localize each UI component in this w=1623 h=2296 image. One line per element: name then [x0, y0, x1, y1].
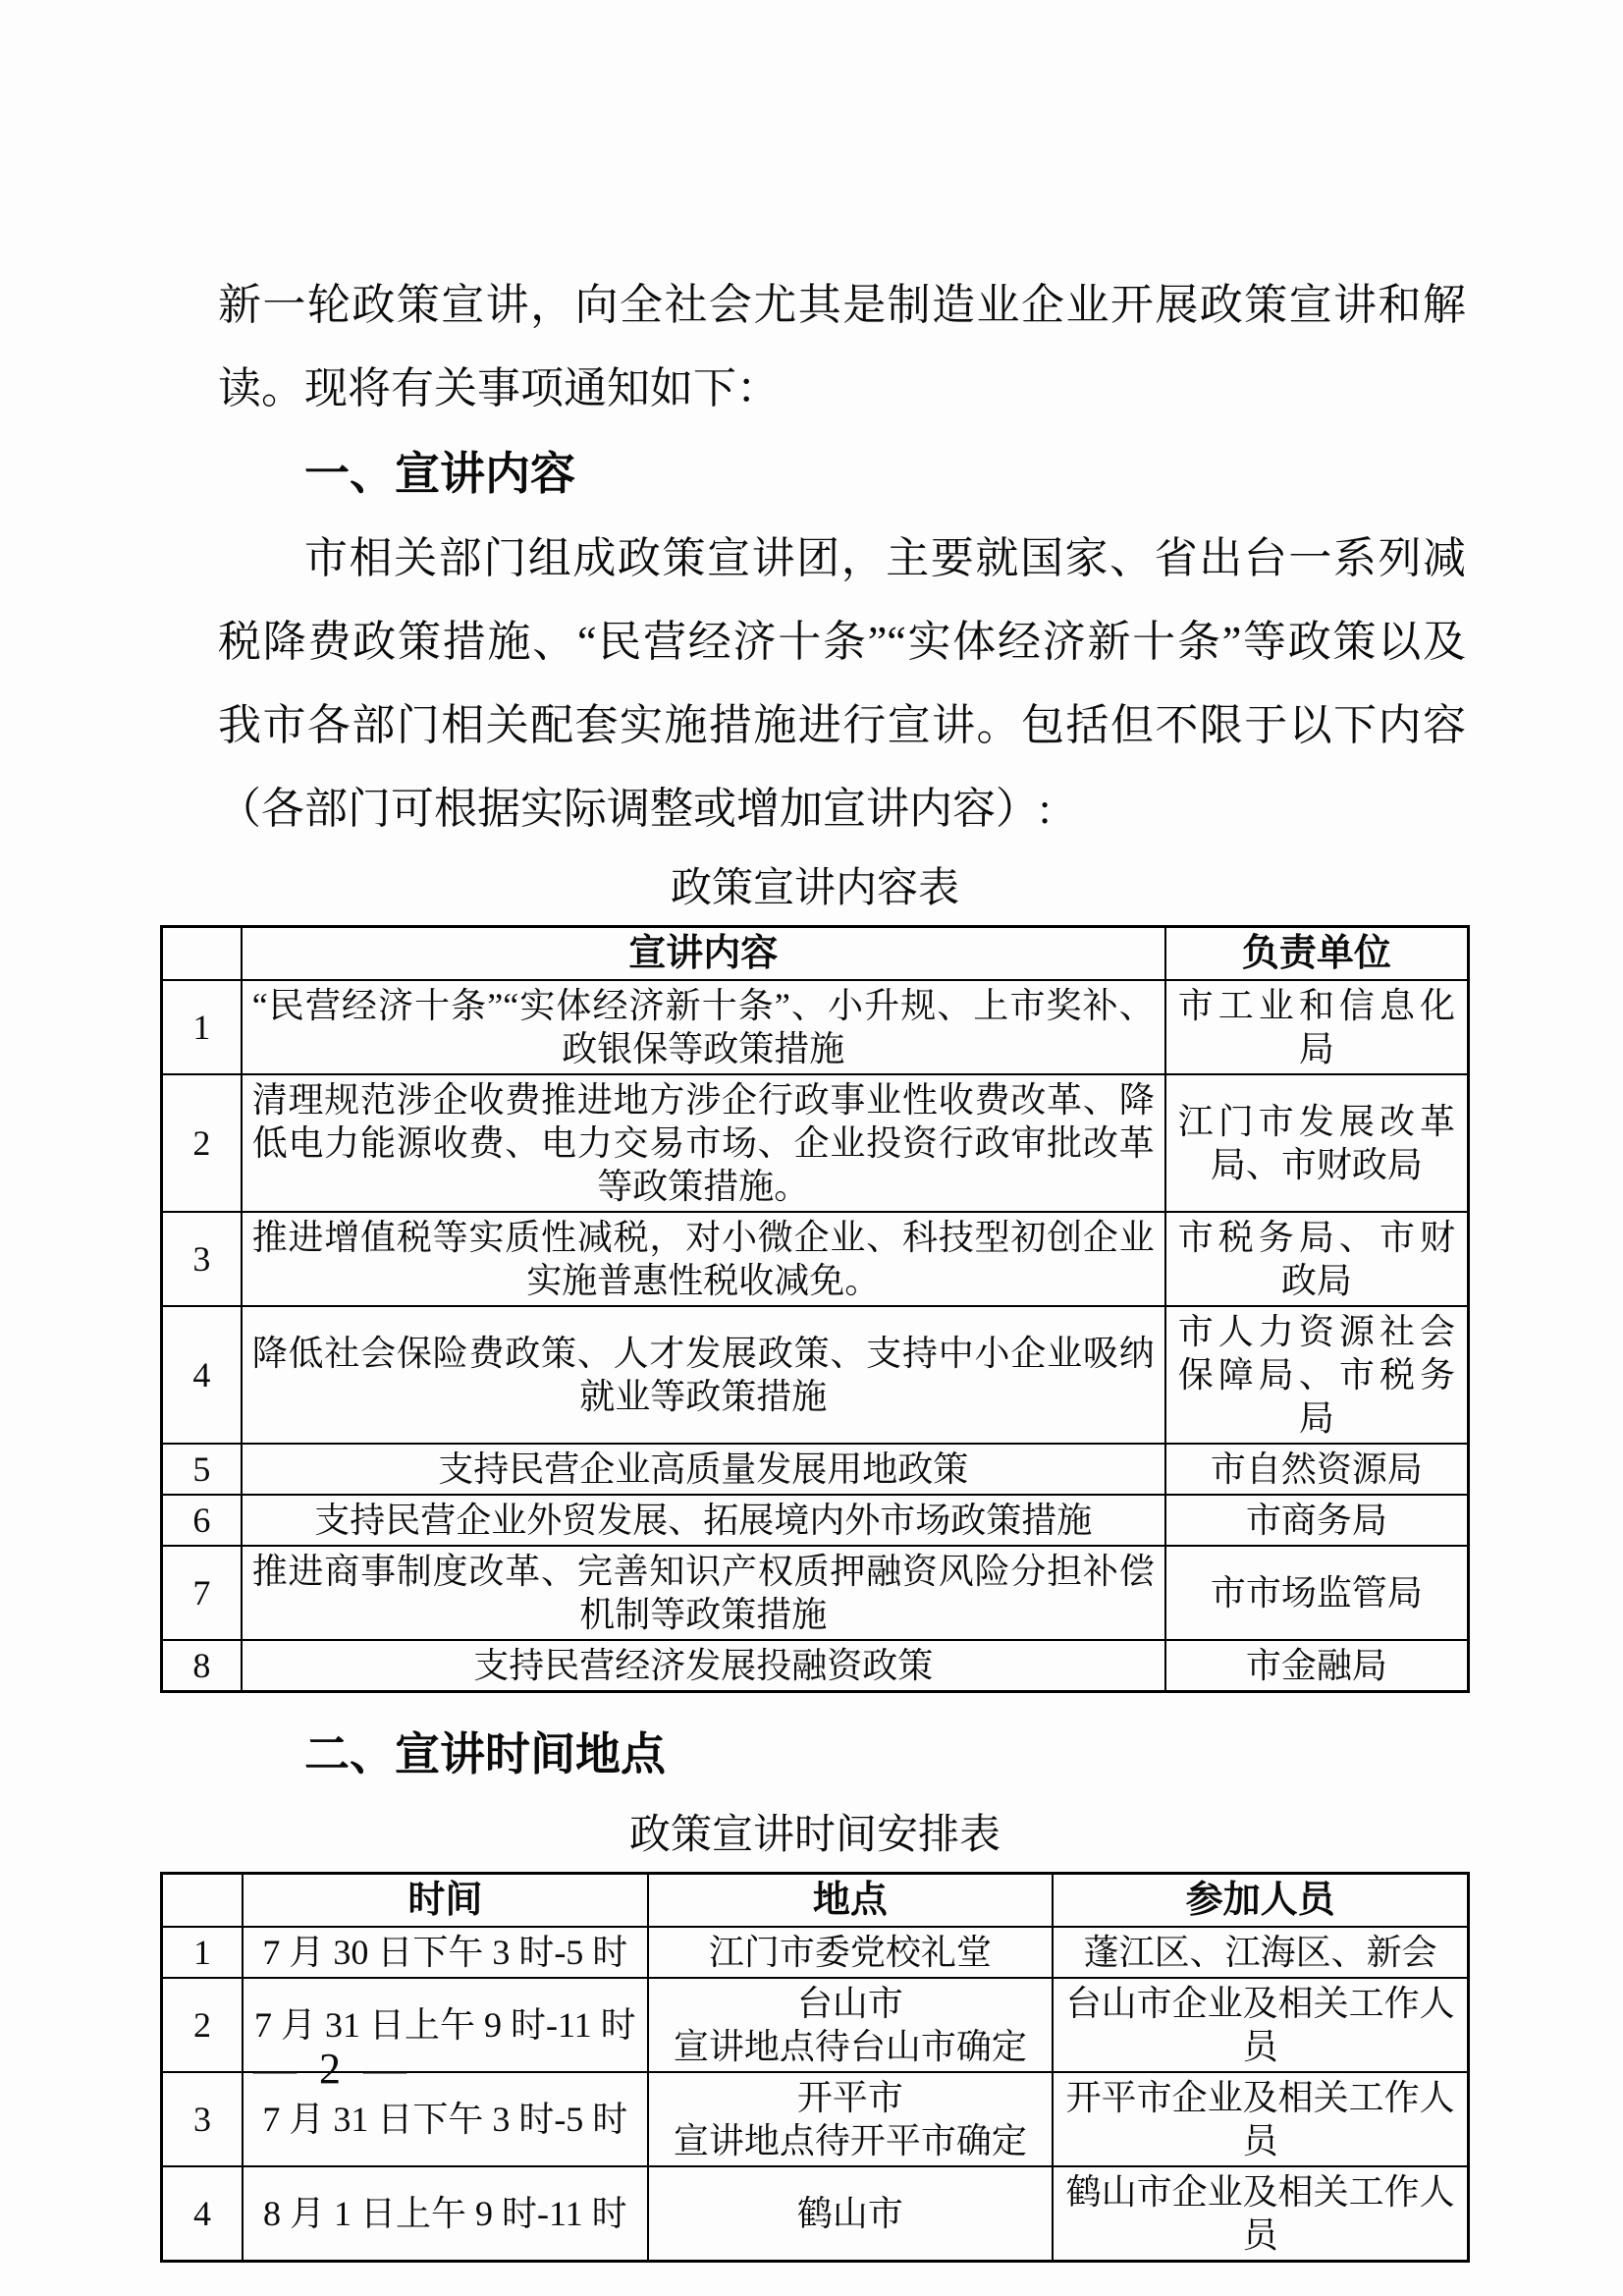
- content-table-row: 3推进增值税等实质性减税，对小微企业、科技型初创企业实施普惠性税收减免。市税务局…: [162, 1212, 1469, 1306]
- place-cell: 开平市宣讲地点待开平市确定: [648, 2072, 1054, 2166]
- content-table-row: 7推进商事制度改革、完善知识产权质押融资风险分担补偿机制等政策措施市市场监管局: [162, 1546, 1469, 1640]
- section-1-paragraph: 市相关部门组成政策宣讲团，主要就国家、省出台一系列减 税降费政策措施、“民营经济…: [218, 517, 1466, 850]
- number-column-header: [162, 927, 242, 981]
- row-number-cell: 6: [162, 1495, 242, 1546]
- place-cell: 台山市宣讲地点待台山市确定: [648, 1978, 1054, 2072]
- unit-cell: 市人力资源社会保障局、市税务局: [1165, 1306, 1469, 1444]
- content-table-body: 1“民营经济十条”“实体经济新十条”、小升规、上市奖补、政银保等政策措施市工业和…: [162, 980, 1469, 1692]
- policy-content-table: 宣讲内容 负责单位 1“民营经济十条”“实体经济新十条”、小升规、上市奖补、政银…: [160, 925, 1470, 1693]
- place-line: 宣讲地点待开平市确定: [659, 2119, 1043, 2162]
- section-2-heading: 二、宣讲时间地点: [218, 1711, 1470, 1797]
- content-cell: 推进增值税等实质性减税，对小微企业、科技型初创企业实施普惠性税收减免。: [242, 1212, 1165, 1306]
- document-page: 新一轮政策宣讲，向全社会尤其是制造业企业开展政策宣讲和解 读。现将有关事项通知如…: [0, 0, 1623, 2296]
- row-number-cell: 2: [162, 1074, 242, 1212]
- place-cell: 鹤山市: [648, 2166, 1054, 2262]
- unit-column-header: 负责单位: [1165, 927, 1469, 981]
- schedule-table-row: 48 月 1 日上午 9 时-11 时鹤山市鹤山市企业及相关工作人员: [162, 2166, 1469, 2262]
- time-cell: 8 月 1 日上午 9 时-11 时: [243, 2166, 648, 2262]
- table-header-row: 时间 地点 参加人员: [162, 1874, 1469, 1928]
- table-header-row: 宣讲内容 负责单位: [162, 927, 1469, 981]
- content-table-row: 4降低社会保险费政策、人才发展政策、支持中小企业吸纳就业等政策措施市人力资源社会…: [162, 1306, 1469, 1444]
- row-number-cell: 2: [162, 1978, 243, 2072]
- content-table-title: 政策宣讲内容表: [160, 858, 1470, 919]
- section-1-line-3: 我市各部门相关配套实施措施进行宣讲。包括但不限于以下内容: [218, 683, 1466, 767]
- people-column-header: 参加人员: [1053, 1874, 1468, 1928]
- number-column-header: [162, 1874, 243, 1928]
- schedule-table-title: 政策宣讲时间安排表: [160, 1805, 1470, 1866]
- unit-cell: 市市场监管局: [1165, 1546, 1469, 1640]
- unit-cell: 市商务局: [1165, 1495, 1469, 1546]
- unit-cell: 江门市发展改革局、市财政局: [1165, 1074, 1469, 1212]
- content-cell: 支持民营企业外贸发展、拓展境内外市场政策措施: [242, 1495, 1165, 1546]
- content-column-header: 宣讲内容: [242, 927, 1165, 981]
- time-column-header: 时间: [243, 1874, 648, 1928]
- section-1-heading: 一、宣讲内容: [218, 430, 1470, 517]
- content-cell: 支持民营企业高质量发展用地政策: [242, 1444, 1165, 1495]
- content-cell: 支持民营经济发展投融资政策: [242, 1640, 1165, 1692]
- people-cell: 台山市企业及相关工作人员: [1053, 1978, 1468, 2072]
- intro-line-1: 新一轮政策宣讲，向全社会尤其是制造业企业开展政策宣讲和解: [218, 263, 1466, 347]
- row-number-cell: 3: [162, 2072, 243, 2166]
- place-line: 江门市委党校礼堂: [659, 1931, 1043, 1974]
- row-number-cell: 5: [162, 1444, 242, 1495]
- time-cell: 7 月 30 日下午 3 时-5 时: [243, 1927, 648, 1978]
- place-column-header: 地点: [648, 1874, 1054, 1928]
- people-cell: 蓬江区、江海区、新会: [1053, 1927, 1468, 1978]
- content-cell: 推进商事制度改革、完善知识产权质押融资风险分担补偿机制等政策措施: [242, 1546, 1165, 1640]
- place-cell: 江门市委党校礼堂: [648, 1927, 1054, 1978]
- section-1-line-4: （各部门可根据实际调整或增加宣讲内容）:: [218, 767, 1466, 850]
- place-line: 台山市: [659, 1982, 1043, 2025]
- place-line: 鹤山市: [659, 2192, 1043, 2235]
- schedule-table-header: 时间 地点 参加人员: [162, 1874, 1469, 1928]
- schedule-table-row: 17 月 30 日下午 3 时-5 时江门市委党校礼堂蓬江区、江海区、新会: [162, 1927, 1469, 1978]
- row-number-cell: 4: [162, 2166, 243, 2262]
- content-cell: 清理规范涉企收费推进地方涉企行政事业性收费改革、降低电力能源收费、电力交易市场、…: [242, 1074, 1165, 1212]
- content-table-row: 2清理规范涉企收费推进地方涉企行政事业性收费改革、降低电力能源收费、电力交易市场…: [162, 1074, 1469, 1212]
- schedule-table-body: 17 月 30 日下午 3 时-5 时江门市委党校礼堂蓬江区、江海区、新会27 …: [162, 1927, 1469, 2262]
- content-table-row: 1“民营经济十条”“实体经济新十条”、小升规、上市奖补、政银保等政策措施市工业和…: [162, 980, 1469, 1074]
- section-1-line-1: 市相关部门组成政策宣讲团，主要就国家、省出台一系列减: [218, 517, 1466, 600]
- row-number-cell: 7: [162, 1546, 242, 1640]
- content-table-row: 5支持民营企业高质量发展用地政策市自然资源局: [162, 1444, 1469, 1495]
- row-number-cell: 1: [162, 980, 242, 1074]
- unit-cell: 市工业和信息化局: [1165, 980, 1469, 1074]
- intro-paragraph: 新一轮政策宣讲，向全社会尤其是制造业企业开展政策宣讲和解 读。现将有关事项通知如…: [218, 263, 1466, 430]
- content-table-row: 8支持民营经济发展投融资政策市金融局: [162, 1640, 1469, 1692]
- place-line: 宣讲地点待台山市确定: [659, 2025, 1043, 2068]
- people-cell: 鹤山市企业及相关工作人员: [1053, 2166, 1468, 2262]
- unit-cell: 市税务局、市财政局: [1165, 1212, 1469, 1306]
- row-number-cell: 1: [162, 1927, 243, 1978]
- row-number-cell: 8: [162, 1640, 242, 1692]
- row-number-cell: 3: [162, 1212, 242, 1306]
- unit-cell: 市金融局: [1165, 1640, 1469, 1692]
- section-1-line-2: 税降费政策措施、“民营经济十条”“实体经济新十条”等政策以及: [218, 600, 1466, 683]
- intro-line-2: 读。现将有关事项通知如下：: [218, 347, 1466, 430]
- place-line: 开平市: [659, 2076, 1043, 2119]
- content-cell: “民营经济十条”“实体经济新十条”、小升规、上市奖补、政银保等政策措施: [242, 980, 1165, 1074]
- people-cell: 开平市企业及相关工作人员: [1053, 2072, 1468, 2166]
- unit-cell: 市自然资源局: [1165, 1444, 1469, 1495]
- row-number-cell: 4: [162, 1306, 242, 1444]
- policy-content-table-header: 宣讲内容 负责单位: [162, 927, 1469, 981]
- page-number: — 2 —: [253, 2045, 412, 2094]
- content-table-row: 6支持民营企业外贸发展、拓展境内外市场政策措施市商务局: [162, 1495, 1469, 1546]
- content-cell: 降低社会保险费政策、人才发展政策、支持中小企业吸纳就业等政策措施: [242, 1306, 1165, 1444]
